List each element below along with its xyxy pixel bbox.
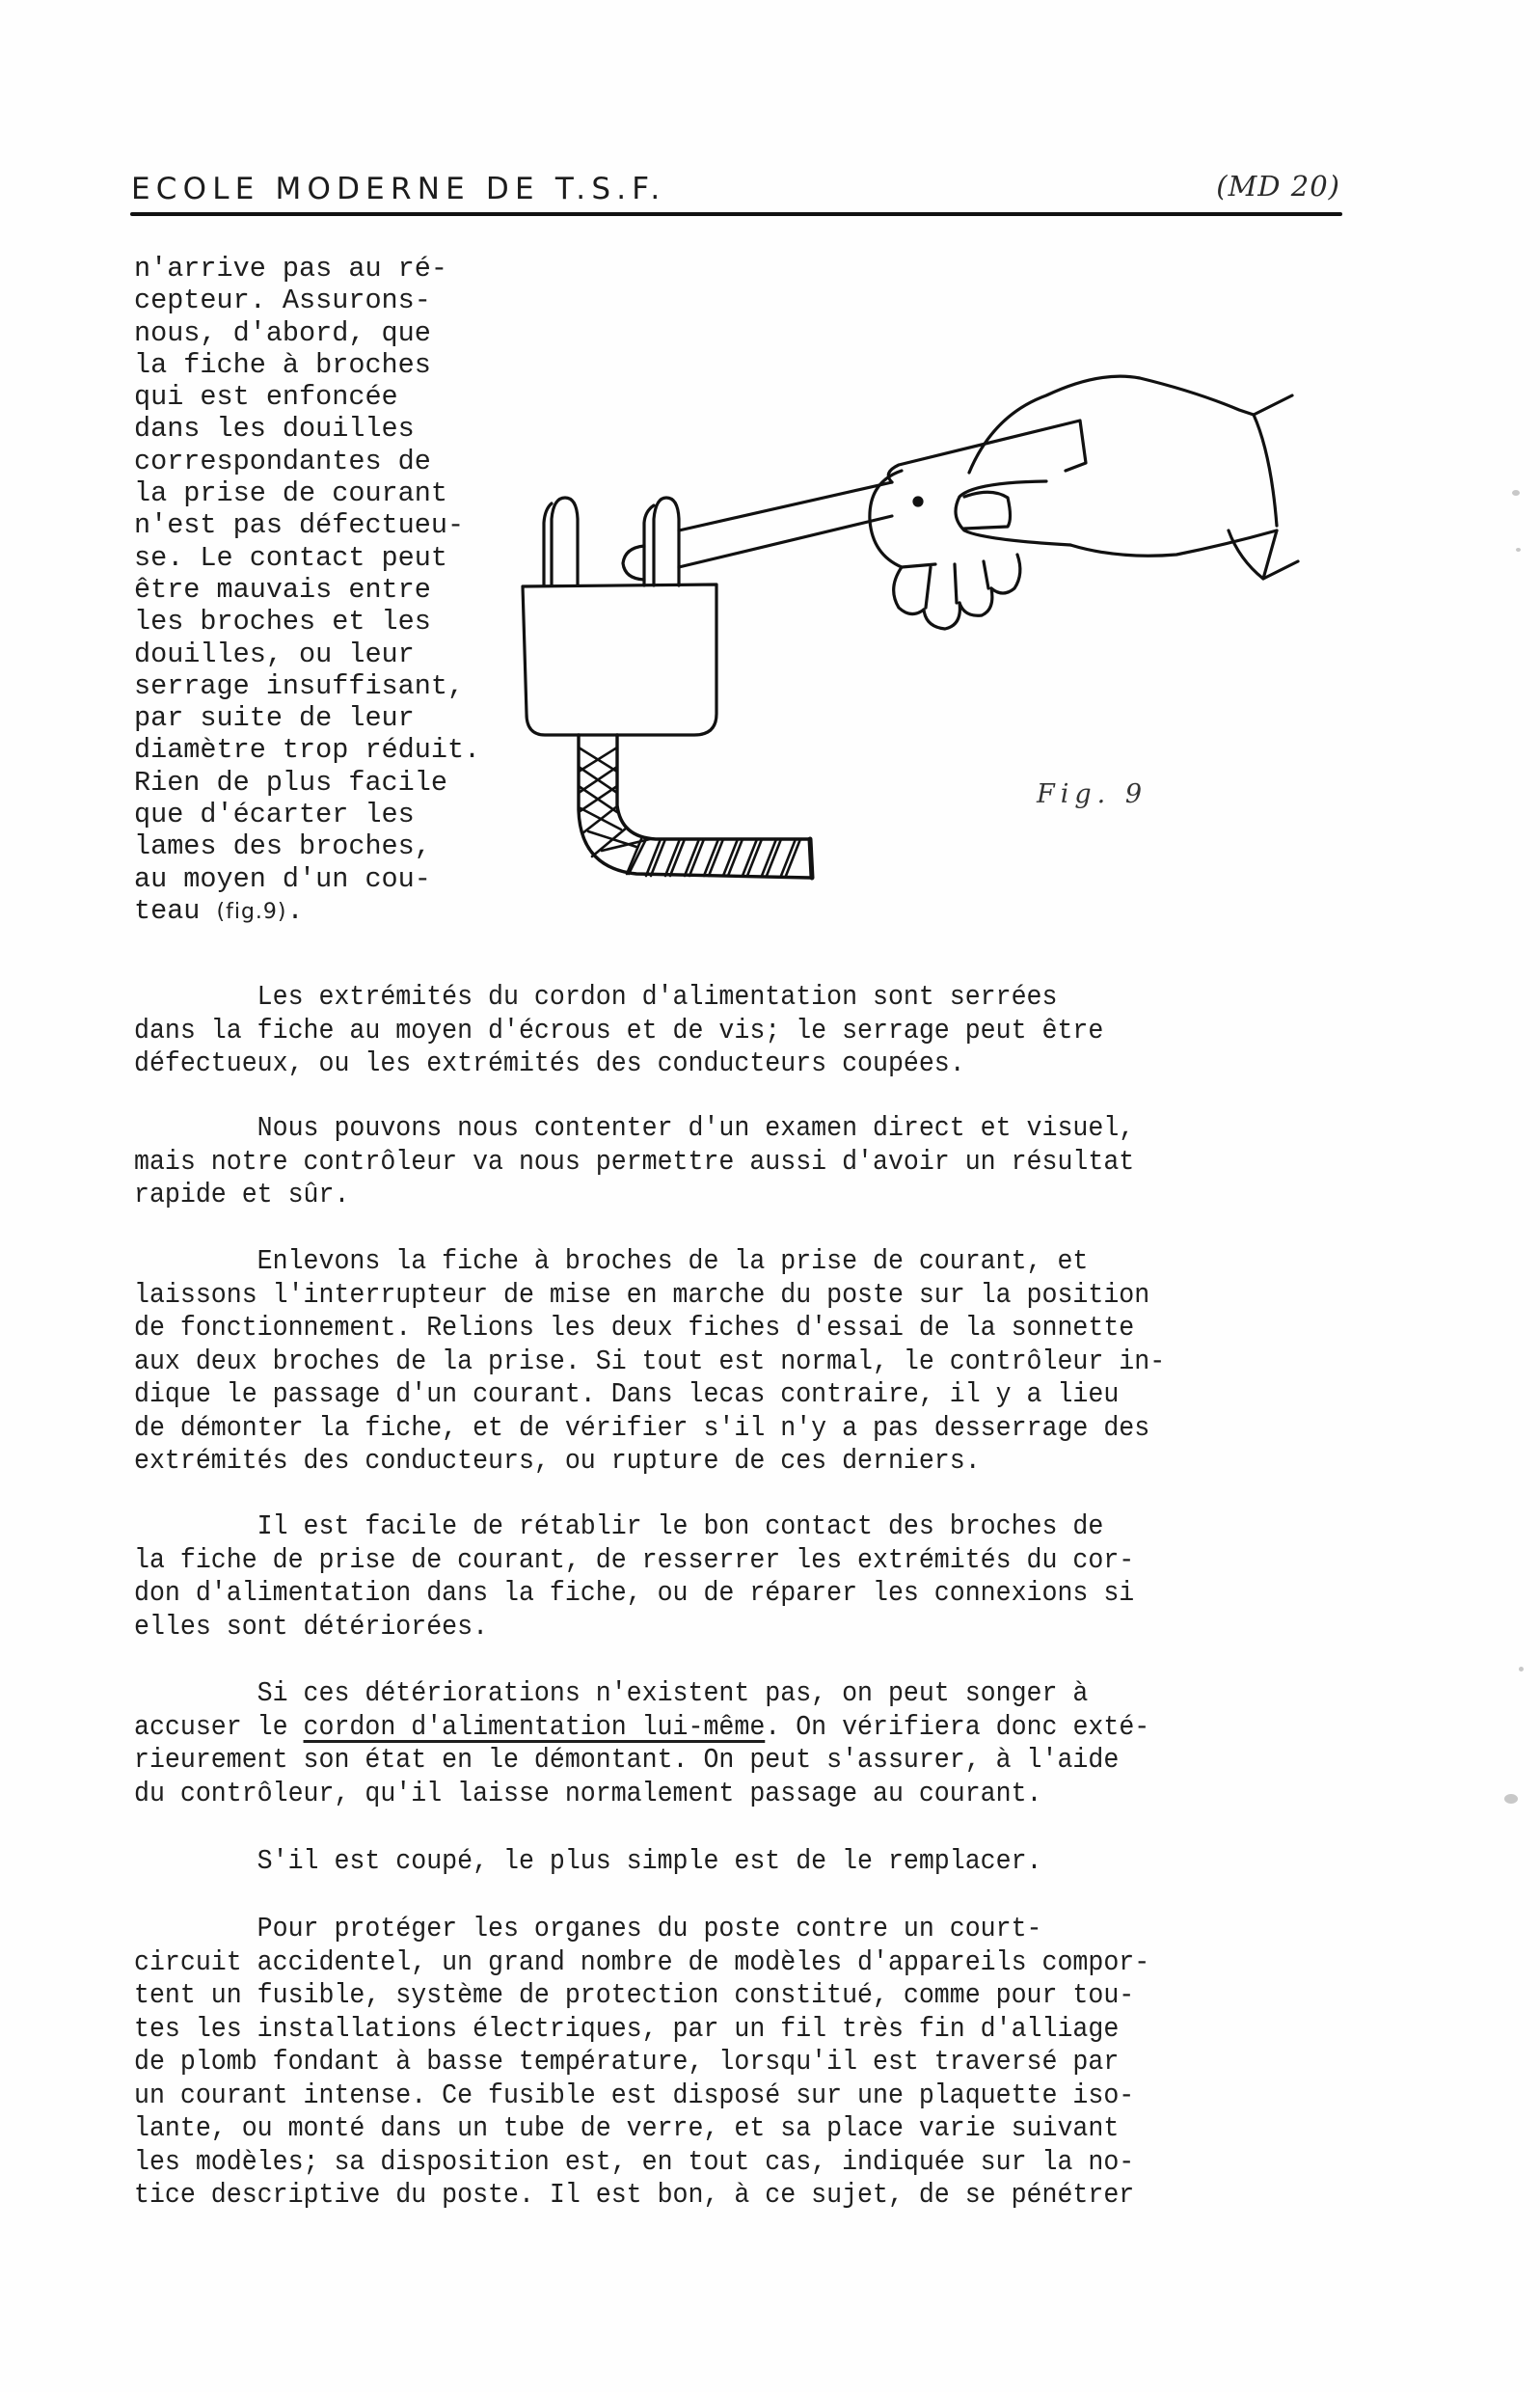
paragraph-7: Pour protéger les organes du poste contr… bbox=[134, 1913, 1273, 2213]
text-line: Rien de plus facile bbox=[134, 767, 539, 799]
text-line: laissons l'interrupteur de mise en march… bbox=[134, 1279, 1273, 1313]
text-line: extrémités des conducteurs, ou rupture d… bbox=[134, 1445, 1273, 1479]
text-line: n'est pas défectueu- bbox=[134, 509, 539, 541]
header-rule bbox=[130, 212, 1342, 216]
text-line: tice descriptive du poste. Il est bon, à… bbox=[134, 2179, 1273, 2213]
text-line: la fiche à broches bbox=[134, 349, 539, 381]
text-line: au moyen d'un cou- bbox=[134, 863, 539, 895]
header-reference: (MD 20) bbox=[1216, 170, 1340, 203]
text-line: lames des broches, bbox=[134, 830, 539, 862]
text-line: teau (fig.9). bbox=[134, 895, 539, 928]
text-line: être mauvais entre bbox=[134, 574, 539, 606]
figure-plug-and-knife bbox=[521, 357, 1350, 907]
text-line: S'il est coupé, le plus simple est de le… bbox=[134, 1845, 1273, 1879]
underlined-phrase: cordon d'alimentation lui-même bbox=[304, 1711, 766, 1743]
text-line: Les extrémités du cordon d'alimentation … bbox=[134, 981, 1273, 1015]
text-line: Pour protéger les organes du poste contr… bbox=[134, 1913, 1273, 1946]
text-line: cepteur. Assurons- bbox=[134, 285, 539, 316]
text-line: n'arrive pas au ré- bbox=[134, 253, 539, 285]
text-line: elles sont détériorées. bbox=[134, 1611, 1273, 1644]
document-page: ECOLE MODERNE DE T.S.F. (MD 20) n'arrive… bbox=[0, 0, 1540, 2392]
text-line: Enlevons la fiche à broches de la prise … bbox=[134, 1245, 1273, 1279]
text-line: tent un fusible, système de protection c… bbox=[134, 1979, 1273, 2013]
scan-speck bbox=[1512, 490, 1520, 496]
text-line: diamètre trop réduit. bbox=[134, 734, 539, 766]
paragraph-1: Les extrémités du cordon d'alimentation … bbox=[134, 981, 1273, 1081]
text-line: nous, d'abord, que bbox=[134, 317, 539, 349]
text-line: don d'alimentation dans la fiche, ou de … bbox=[134, 1577, 1273, 1611]
text-line: correspondantes de bbox=[134, 446, 539, 477]
text-line: la fiche de prise de courant, de resserr… bbox=[134, 1544, 1273, 1578]
plug-knife-illustration bbox=[521, 357, 1350, 907]
text-line: les modèles; sa disposition est, en tout… bbox=[134, 2146, 1273, 2180]
text-line: dans la fiche au moyen d'écrous et de vi… bbox=[134, 1015, 1273, 1048]
text-line: rapide et sûr. bbox=[134, 1179, 1273, 1212]
text-line: Si ces détériorations n'existent pas, on… bbox=[134, 1677, 1273, 1711]
text-line: accuser le cordon d'alimentation lui-mêm… bbox=[134, 1711, 1273, 1745]
text-line: aux deux broches de la prise. Si tout es… bbox=[134, 1345, 1273, 1379]
text-line: douilles, ou leur bbox=[134, 639, 539, 670]
text-line: rieurement son état en le démontant. On … bbox=[134, 1744, 1273, 1778]
text-line: dans les douilles bbox=[134, 413, 539, 445]
text-line: qui est enfoncée bbox=[134, 381, 539, 413]
paragraph-4: Il est facile de rétablir le bon contact… bbox=[134, 1510, 1273, 1644]
text-line: de plomb fondant à basse température, lo… bbox=[134, 2046, 1273, 2079]
scan-speck bbox=[1516, 548, 1521, 552]
text-line: se. Le contact peut bbox=[134, 542, 539, 574]
figure-caption: Fig. 9 bbox=[1037, 779, 1148, 809]
text-line: de fonctionnement. Relions les deux fich… bbox=[134, 1312, 1273, 1345]
text-line: que d'écarter les bbox=[134, 799, 539, 830]
text-line: Il est facile de rétablir le bon contact… bbox=[134, 1510, 1273, 1544]
text-line: du contrôleur, qu'il laisse normalement … bbox=[134, 1778, 1273, 1811]
paragraph-6: S'il est coupé, le plus simple est de le… bbox=[134, 1845, 1273, 1879]
text-line: circuit accidentel, un grand nombre de m… bbox=[134, 1946, 1273, 1980]
text-line: les broches et les bbox=[134, 606, 539, 638]
text-line: Nous pouvons nous contenter d'un examen … bbox=[134, 1112, 1273, 1146]
text-line: la prise de courant bbox=[134, 477, 539, 509]
paragraph-2: Nous pouvons nous contenter d'un examen … bbox=[134, 1112, 1273, 1212]
scan-speck bbox=[1519, 1667, 1524, 1672]
text-line: dique le passage d'un courant. Dans leca… bbox=[134, 1378, 1273, 1412]
text-line: défectueux, ou les extrémités des conduc… bbox=[134, 1047, 1273, 1081]
paragraph-3: Enlevons la fiche à broches de la prise … bbox=[134, 1245, 1273, 1479]
text-line: lante, ou monté dans un tube de verre, e… bbox=[134, 2112, 1273, 2146]
text-line: tes les installations électriques, par u… bbox=[134, 2013, 1273, 2047]
side-column-text: n'arrive pas au ré- cepteur. Assurons- n… bbox=[134, 253, 539, 928]
text-line: serrage insuffisant, bbox=[134, 670, 539, 702]
scan-speck bbox=[1504, 1794, 1518, 1804]
text-line: un courant intense. Ce fusible est dispo… bbox=[134, 2079, 1273, 2113]
text-line: de démonter la fiche, et de vérifier s'i… bbox=[134, 1412, 1273, 1446]
figure-reference: (fig.9) bbox=[217, 900, 287, 924]
text-line: mais notre contrôleur va nous permettre … bbox=[134, 1146, 1273, 1180]
paragraph-5: Si ces détériorations n'existent pas, on… bbox=[134, 1677, 1273, 1810]
text-line: par suite de leur bbox=[134, 702, 539, 734]
header-title: ECOLE MODERNE DE T.S.F. bbox=[131, 172, 665, 206]
